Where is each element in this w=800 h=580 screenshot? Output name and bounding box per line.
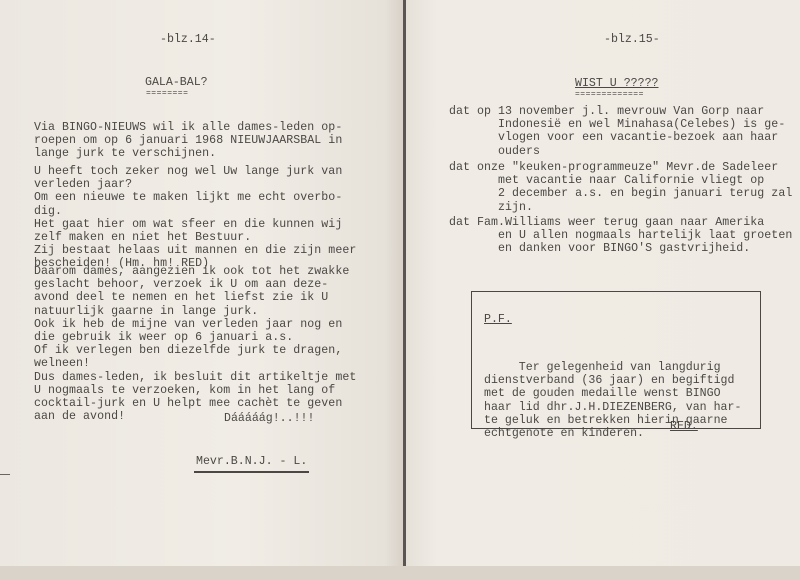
left-closing: Dááááág!..!!! xyxy=(224,412,314,425)
magazine-spread: -blz.14- GALA-BAL? ======== Via BINGO-NI… xyxy=(0,0,800,580)
right-page-number: -blz.15- xyxy=(604,33,660,46)
right-page-title: WIST U ????? xyxy=(575,77,659,90)
right-item-1-text: op 13 november j.l. mevrouw Van Gorp naa… xyxy=(477,105,785,158)
page-gutter xyxy=(403,0,406,580)
margin-mark xyxy=(0,474,10,475)
right-item-2-text: onze "keuken-programmeuze" Mevr.de Sadel… xyxy=(477,161,792,214)
announcement-box: P.F. Ter gelegenheid van langdurig diens… xyxy=(471,291,761,429)
box-body: Ter gelegenheid van langdurig dienstverb… xyxy=(484,361,741,440)
right-item-1-label: dat xyxy=(449,105,470,118)
left-paragraph-3: Daarom dames, aangezien ik ook tot het z… xyxy=(34,265,356,423)
box-signature: RED. xyxy=(670,420,698,433)
right-title-underline: ============= xyxy=(575,91,644,99)
box-title: P.F. xyxy=(484,313,512,326)
left-page-number: -blz.14- xyxy=(160,33,216,46)
left-paragraph-2: U heeft toch zeker nog wel Uw lange jurk… xyxy=(34,165,356,271)
left-signature: Mevr.B.N.J. - L. xyxy=(196,455,307,468)
right-item-3-label: dat xyxy=(449,216,470,229)
left-page-title: GALA-BAL? xyxy=(145,76,208,89)
signature-underline xyxy=(194,471,309,473)
left-paragraph-1: Via BINGO-NIEUWS wil ik alle dames-leden… xyxy=(34,121,342,161)
right-item-3-text: Fam.Williams weer terug gaan naar Amerik… xyxy=(477,216,792,256)
right-item-2-label: dat xyxy=(449,161,470,174)
left-title-underline: ======== xyxy=(146,90,188,98)
page-bottom-edge xyxy=(0,566,800,580)
